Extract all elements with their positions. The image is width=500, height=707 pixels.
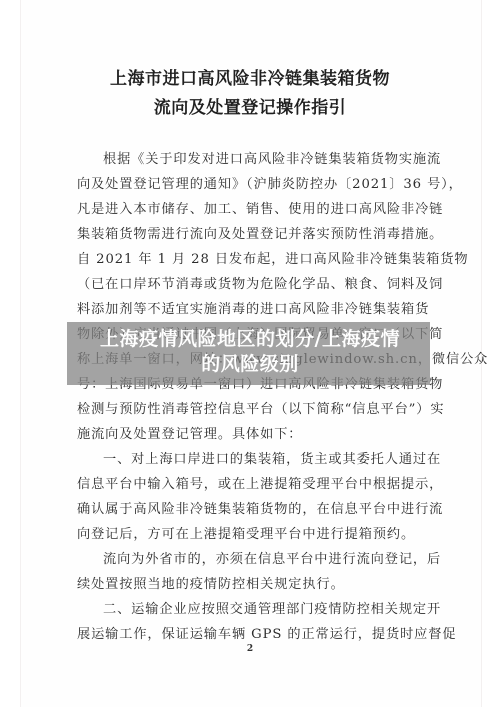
caption-line-1: 上海疫情风险地区的划分/上海疫情 — [60, 327, 440, 352]
body-line: 施流向及处置登记管理。具体如下： — [77, 427, 427, 443]
page-number: 2 — [0, 644, 500, 654]
body-line: 续处置按照当地的疫情防控相关规定执行。 — [77, 577, 427, 593]
body-line: 检测与预防性消毒管控信息平台（以下简称“信息平台”）实 — [77, 402, 427, 418]
body-line: 向及处置登记管理的通知》（沪肺炎防控办〔2021〕36 号）， — [77, 177, 427, 193]
body-line: 向登记后，方可在上港提箱受理平台中进行提箱预约。 — [77, 527, 427, 543]
body-line: 展运输工作，保证运输车辆 GPS 的正常运行，提货时应督促 — [77, 627, 427, 643]
document-title-line-1: 上海市进口高风险非冷链集装箱货物 — [0, 64, 500, 89]
body-line: 料添加剂等不适宜实施消毒的进口高风险非冷链集装箱货 — [77, 302, 427, 318]
body-line: 凡是进入本市储存、加工、销售、使用的进口高风险非冷链 — [77, 202, 427, 218]
body-line: （已在口岸环节消毒或货物为危险化学品、粮食、饲料及饲 — [77, 277, 427, 293]
caption-overlay: 上海疫情风险地区的划分/上海疫情 的风险级别 — [60, 327, 440, 377]
body-line-section-2: 二、运输企业应按照交通管理部门疫情防控相关规定开 — [103, 602, 453, 618]
body-line: 确认属于高风险非冷链集装箱货物的，在信息平台中进行流 — [77, 502, 427, 518]
body-line-section-1: 一、对上海口岸进口的集装箱，货主或其委托人通过在 — [103, 452, 453, 468]
body-line: 自 2021 年 1 月 28 日发布起，进口高风险非冷链集装箱货物 — [77, 252, 427, 268]
body-line: 根据《关于印发对进口高风险非冷链集装箱货物实施流 — [103, 152, 453, 168]
caption-line-2: 的风险级别 — [60, 352, 440, 377]
body-line: 流向为外省市的，亦须在信息平台中进行流向登记，后 — [103, 552, 453, 568]
body-line: 集装箱货物需进行流向及处置登记并落实预防性消毒措施。 — [77, 227, 427, 243]
document-title-line-2: 流向及处置登记操作指引 — [0, 93, 500, 118]
body-line: 信息平台中输入箱号，或在上港提箱受理平台中根据提示， — [77, 477, 427, 493]
